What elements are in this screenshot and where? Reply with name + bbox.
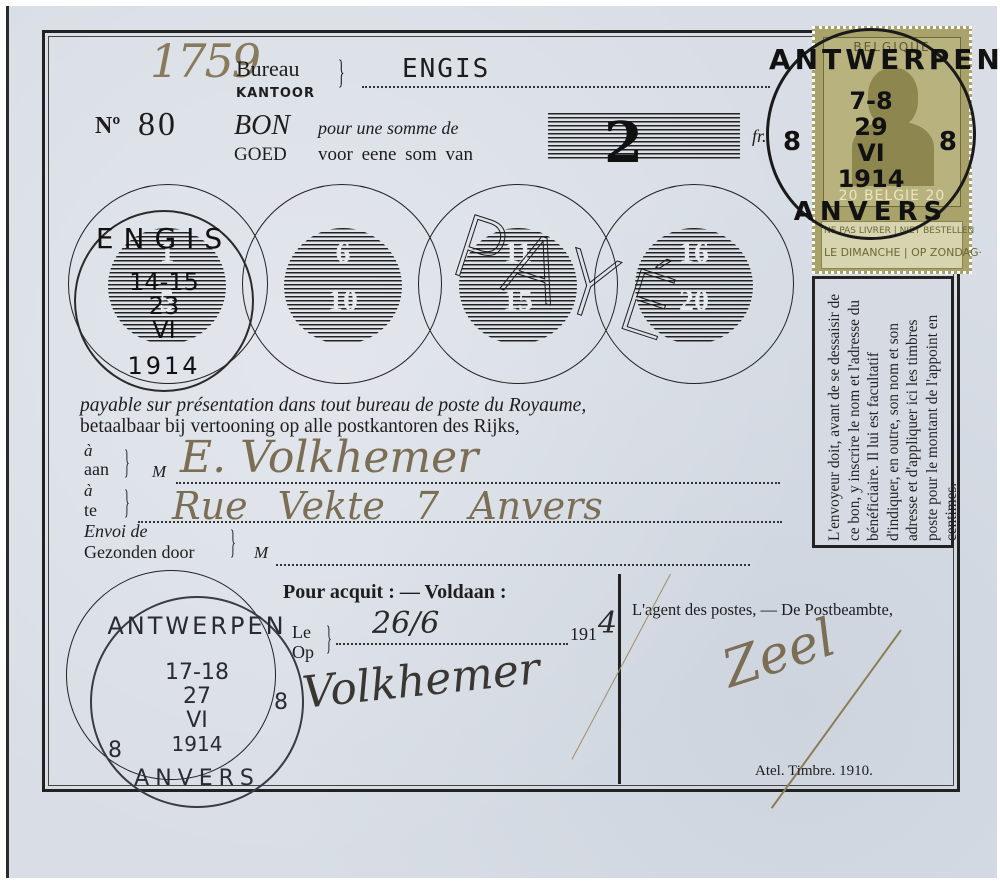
payee-brace: }: [124, 444, 130, 482]
antwerpen-postmark-top: ANTWERPEN 7-8 29 VI 1914 8 8 ANVERS: [766, 28, 976, 240]
document-number: 80: [138, 106, 178, 144]
address-label-fr: à: [84, 481, 93, 501]
bon-title: BON: [234, 110, 290, 142]
sender-dotted-line: [276, 564, 750, 566]
bureau-brace: }: [338, 54, 345, 92]
receipt-divider: [618, 574, 621, 784]
payee-name-handwritten: E. Volkhemer: [180, 432, 478, 483]
goed-title: GOED: [234, 144, 287, 166]
bon-text-fr: pour une somme de: [318, 118, 458, 139]
receipt-date-handwritten: 26/6: [372, 606, 439, 641]
office-dotted-line: [362, 86, 770, 88]
coin-hatch-2: 6 10: [284, 228, 402, 344]
address-label-nl: te: [84, 500, 97, 521]
sender-prefix: M: [254, 543, 268, 563]
receipt-year-prefix: 191: [570, 624, 597, 645]
engis-postmark: ENGIS 14-15 23 VI 1914: [74, 210, 254, 392]
kantoor-label: KANTOOR: [236, 86, 315, 101]
bon-text-nl: voor eene som van: [318, 144, 473, 166]
bureau-label: Bureau: [236, 56, 300, 82]
amount-value: 2: [604, 110, 643, 176]
receipt-date-brace: }: [326, 620, 332, 658]
sender-instructions-text: L'envoyeur doit, avant de se dessaisir d…: [825, 289, 962, 541]
receipt-title: Pour acquit : — Voldaan :: [283, 581, 507, 604]
sender-brace: }: [230, 524, 236, 562]
amount-box: [548, 113, 740, 160]
printer-imprint: Atel. Timbre. 1910.: [755, 763, 873, 780]
receipt-year-suffix: 4: [598, 606, 617, 641]
payable-text-fr: payable sur présentation dans tout burea…: [80, 395, 586, 417]
amount-currency: fr.: [752, 126, 767, 147]
sender-label-fr: Envoi de: [84, 521, 147, 542]
payee-label-nl: aan: [84, 459, 109, 480]
number-label: Nº: [95, 113, 120, 140]
sender-label-nl: Gezonden door: [84, 542, 194, 563]
payee-prefix: M: [152, 462, 166, 482]
sender-instructions-box: L'envoyeur doit, avant de se dessaisir d…: [812, 276, 954, 548]
address-handwritten: Rue Vekte 7 Anvers: [172, 484, 603, 528]
agent-label: L'agent des postes, — De Postbeambte,: [632, 600, 893, 620]
antwerpen-postmark-bottom: ANTWERPEN 17-18 27 VI 1914 ANVERS 8 8: [90, 596, 304, 808]
payee-label-fr: à: [84, 441, 93, 461]
office-name: ENGIS: [402, 54, 490, 84]
address-brace: }: [124, 484, 130, 522]
